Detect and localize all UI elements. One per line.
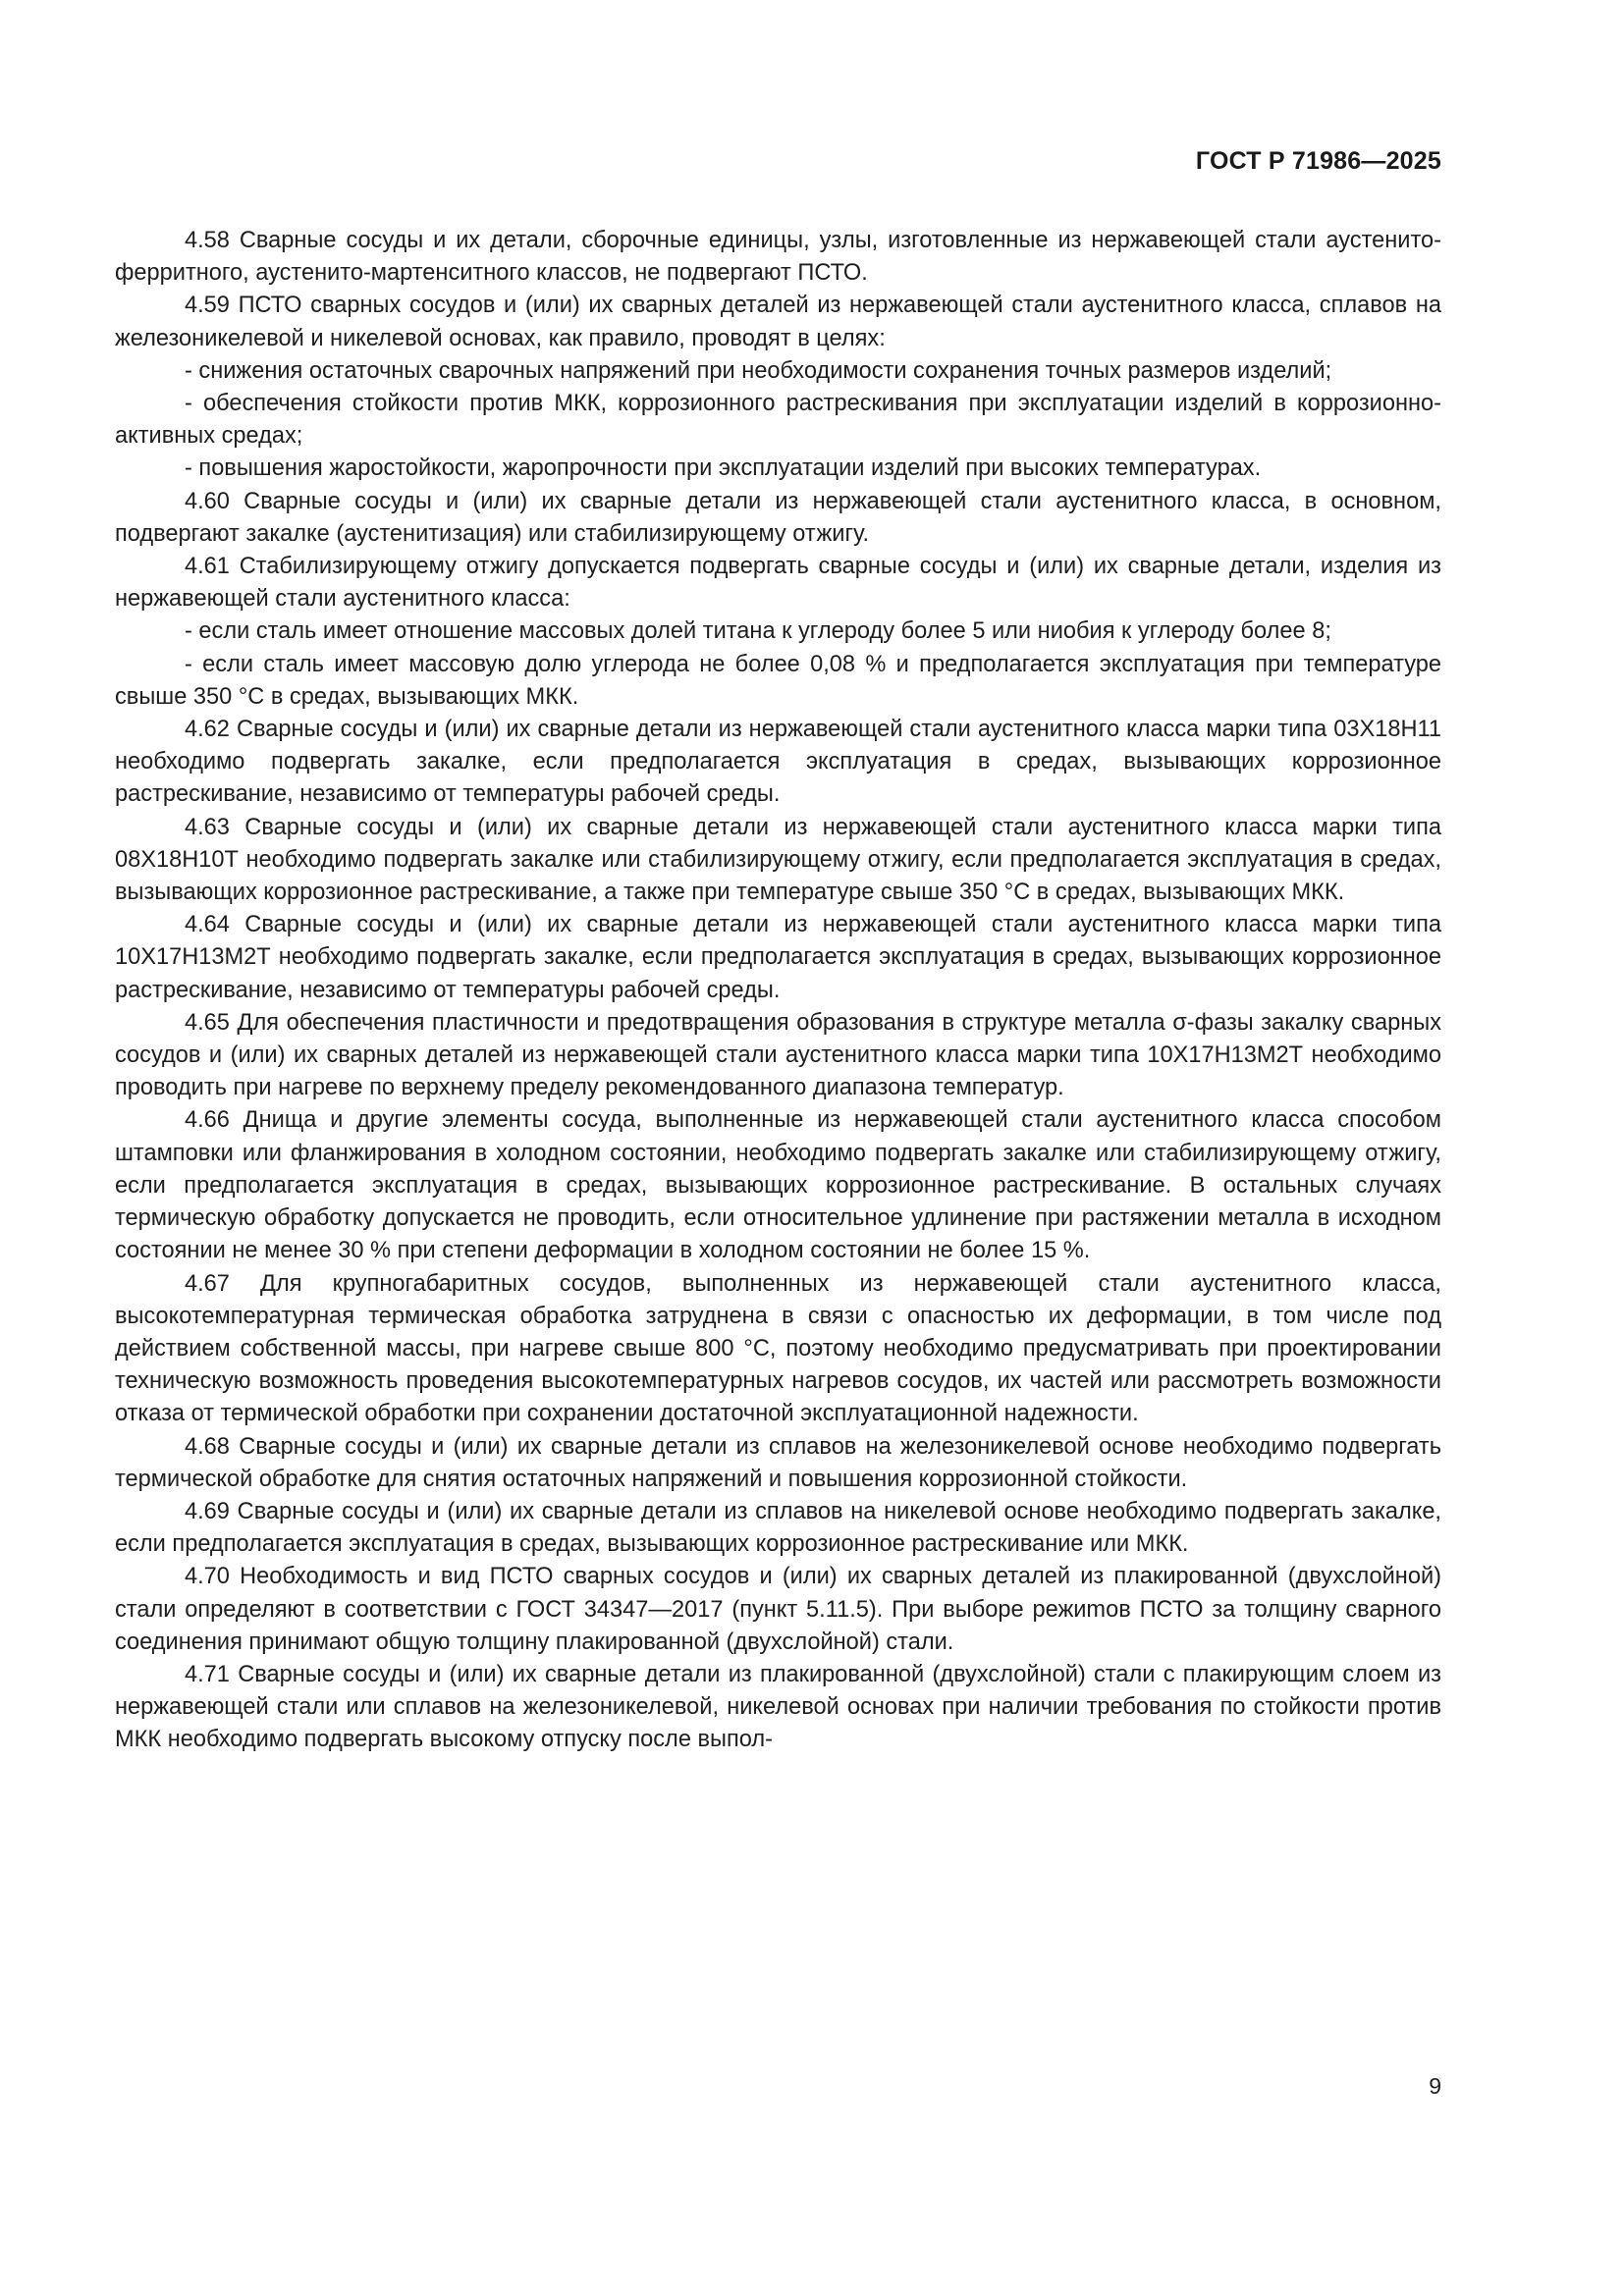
paragraph-4-66: 4.66 Днища и другие элементы сосуда, вып… bbox=[115, 1104, 1441, 1267]
list-item-titanium-niobium-ratio: - если сталь имеет отношение массовых до… bbox=[115, 615, 1441, 648]
document-code-header: ГОСТ Р 71986—2025 bbox=[1196, 147, 1441, 176]
document-body: 4.58 Сварные сосуды и их детали, сборочн… bbox=[115, 225, 1441, 1757]
list-item-carbon-content: - если сталь имеет массовую долю углерод… bbox=[115, 649, 1441, 714]
paragraph-4-58: 4.58 Сварные сосуды и их детали, сборочн… bbox=[115, 225, 1441, 290]
paragraph-4-64: 4.64 Сварные сосуды и (или) их сварные д… bbox=[115, 909, 1441, 1007]
paragraph-4-65: 4.65 Для обеспечения пластичности и пред… bbox=[115, 1007, 1441, 1105]
list-item-residual-stress: - снижения остаточных сварочных напряжен… bbox=[115, 355, 1441, 388]
list-item-heat-resistance: - повышения жаростойкости, жаропрочности… bbox=[115, 453, 1441, 485]
paragraph-4-71: 4.71 Сварные сосуды и (или) их сварные д… bbox=[115, 1659, 1441, 1757]
paragraph-4-70: 4.70 Необходимость и вид ПСТО сварных со… bbox=[115, 1561, 1441, 1659]
paragraph-4-67: 4.67 Для крупногабаритных сосудов, выпол… bbox=[115, 1268, 1441, 1431]
list-item-corrosion-resistance: - обеспечения стойкости против МКК, корр… bbox=[115, 388, 1441, 453]
paragraph-4-62: 4.62 Сварные сосуды и (или) их сварные д… bbox=[115, 714, 1441, 812]
page-number: 9 bbox=[1429, 2073, 1441, 2100]
paragraph-4-69: 4.69 Сварные сосуды и (или) их сварные д… bbox=[115, 1496, 1441, 1561]
paragraph-4-61: 4.61 Стабилизирующему отжигу допускается… bbox=[115, 551, 1441, 615]
paragraph-4-60: 4.60 Сварные сосуды и (или) их сварные д… bbox=[115, 486, 1441, 551]
paragraph-4-63: 4.63 Сварные сосуды и (или) их сварные д… bbox=[115, 812, 1441, 910]
paragraph-4-59: 4.59 ПСТО сварных сосудов и (или) их сва… bbox=[115, 290, 1441, 354]
paragraph-4-68: 4.68 Сварные сосуды и (или) их сварные д… bbox=[115, 1431, 1441, 1496]
